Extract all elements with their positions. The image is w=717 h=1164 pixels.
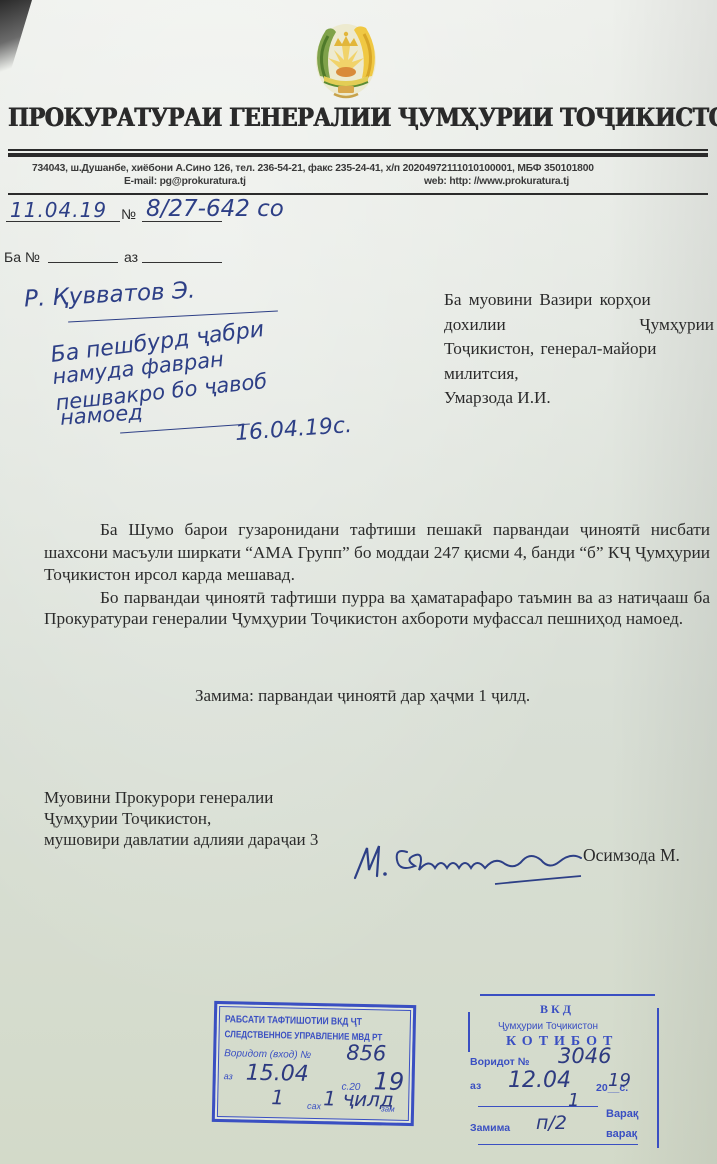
letterhead-email-link[interactable]: E-mail: pg@prokuratura.tj: [124, 176, 246, 187]
attachment-note: Замима: парвандаи ҷиноятӣ дар ҳаҷми 1 ҷи…: [195, 686, 530, 706]
resolution-strike: [120, 423, 250, 433]
stamp-rule: [478, 1144, 638, 1145]
stamp-sheets: 1: [271, 1085, 284, 1109]
signatory-name: Осимзода М.: [583, 845, 680, 866]
stamp-border-top: [480, 994, 655, 996]
letterhead-rule-thin: [8, 149, 708, 151]
signatory-title: Муовини Прокурори генералии Ҷумҳурии Тоҷ…: [44, 787, 318, 850]
signatory-line: Ҷумҳурии Тоҷикистон,: [44, 808, 318, 829]
addressee-line: Тоҷикистон, генерал-майори: [444, 337, 714, 362]
resolution-date: 16.04.19с.: [234, 413, 353, 446]
letter-body: Ба Шумо барои гузаронидани тафтиши пешак…: [44, 519, 710, 630]
resolution-line: Р. Қувватов Э.: [23, 278, 195, 313]
stamp-sheets: 1: [568, 1090, 579, 1111]
stamp-border-left: [468, 1012, 470, 1052]
signatory-line: Муовини Прокурори генералии: [44, 787, 318, 808]
stamp-attachment-unit: варақ: [606, 1128, 637, 1140]
stamp-border-right: [657, 1008, 659, 1148]
reply-to-number-field: [48, 262, 118, 263]
stamp-incoming-number: 856: [346, 1041, 387, 1066]
letterhead-web-link[interactable]: web: http: //www.prokuratura.tj: [424, 176, 569, 187]
stamp-date-prefix: аз: [470, 1080, 481, 1092]
page-corner-shadow: [0, 0, 32, 85]
signatory-line: мушовири давлатии адлияи дараҷаи 3: [44, 829, 318, 850]
resolution-line: намоед: [59, 400, 143, 430]
body-paragraph: Ба Шумо барои гузаронидани тафтиши пешак…: [44, 519, 710, 587]
body-paragraph: Бо парвандаи ҷиноятӣ тафтиши пурра ва ҳа…: [44, 587, 710, 630]
letterhead-address: 734043, ш.Душанбе, хиёбони А.Сино 126, т…: [32, 163, 594, 174]
stamp-header: РАБСАТИ ТАФТИШОТИИ ВКД ҶТ: [225, 1014, 362, 1028]
stamp-year: 19: [608, 1070, 631, 1091]
addressee-block: Ба муовини Вазири корҳои дохилии Ҷумҳури…: [444, 288, 714, 411]
letterhead-rule-thick: [8, 153, 708, 157]
outgoing-number: 8/27-642 со: [146, 196, 284, 222]
outgoing-date: 11.04.19: [10, 198, 107, 222]
stamp-incoming-number: 3046: [558, 1044, 611, 1068]
stamp-attachment-label: зам: [381, 1104, 395, 1113]
stamp-rule: [478, 1106, 598, 1107]
reply-to-label: Ба №: [4, 249, 40, 265]
addressee-line: дохилии Ҷумҳурии: [444, 313, 714, 338]
incoming-stamp-secretariat: ВКД Ҷумҳурии Тоҷикистон КОТИБОТ Воридот …: [468, 994, 663, 1154]
outgoing-date-underline: [6, 221, 120, 222]
reply-from-label: аз: [124, 249, 138, 265]
outgoing-number-label: №: [121, 206, 136, 222]
stamp-header: ВКД: [540, 1002, 574, 1017]
stamp-sheets-label: Варақ: [606, 1108, 638, 1120]
stamp-attachment: п/2: [536, 1112, 567, 1134]
outgoing-number-underline: [142, 221, 222, 222]
addressee-line: Ба муовини Вазири корҳои: [444, 288, 714, 313]
addressee-line-left: дохилии: [444, 313, 506, 338]
stamp-incoming-label: Воридот №: [470, 1056, 529, 1068]
stamp-date: 15.04: [246, 1061, 309, 1087]
addressee-name: Умарзода И.И.: [444, 386, 714, 411]
stamp-date: 12.04: [508, 1068, 571, 1093]
addressee-line: милитсия,: [444, 362, 714, 387]
stamp-date-prefix: аз: [224, 1071, 233, 1081]
reply-from-date-field: [142, 262, 222, 263]
addressee-line-right: Ҷумҳурии: [639, 313, 714, 338]
stamp-header: Ҷумҳурии Тоҷикистон: [498, 1021, 598, 1032]
handwritten-signature: [345, 830, 595, 890]
letterhead-rule-bottom: [8, 193, 708, 195]
stamp-attachment-label: Замима: [470, 1122, 510, 1134]
stamp-incoming-label: Воридот (вход) №: [224, 1048, 311, 1061]
tajikistan-coat-of-arms-icon: [306, 16, 386, 100]
stamp-sheets-label: сах: [307, 1101, 321, 1111]
letterhead-title: ПРОКУРАТУРАИ ГЕНЕРАЛИИ ҶУМҲУРИИ ТОҶИКИСТ…: [8, 103, 617, 133]
incoming-stamp-investigation: РАБСАТИ ТАФТИШОТИИ ВКД ҶТ СЛЕДСТВЕННОЕ У…: [212, 1001, 416, 1126]
